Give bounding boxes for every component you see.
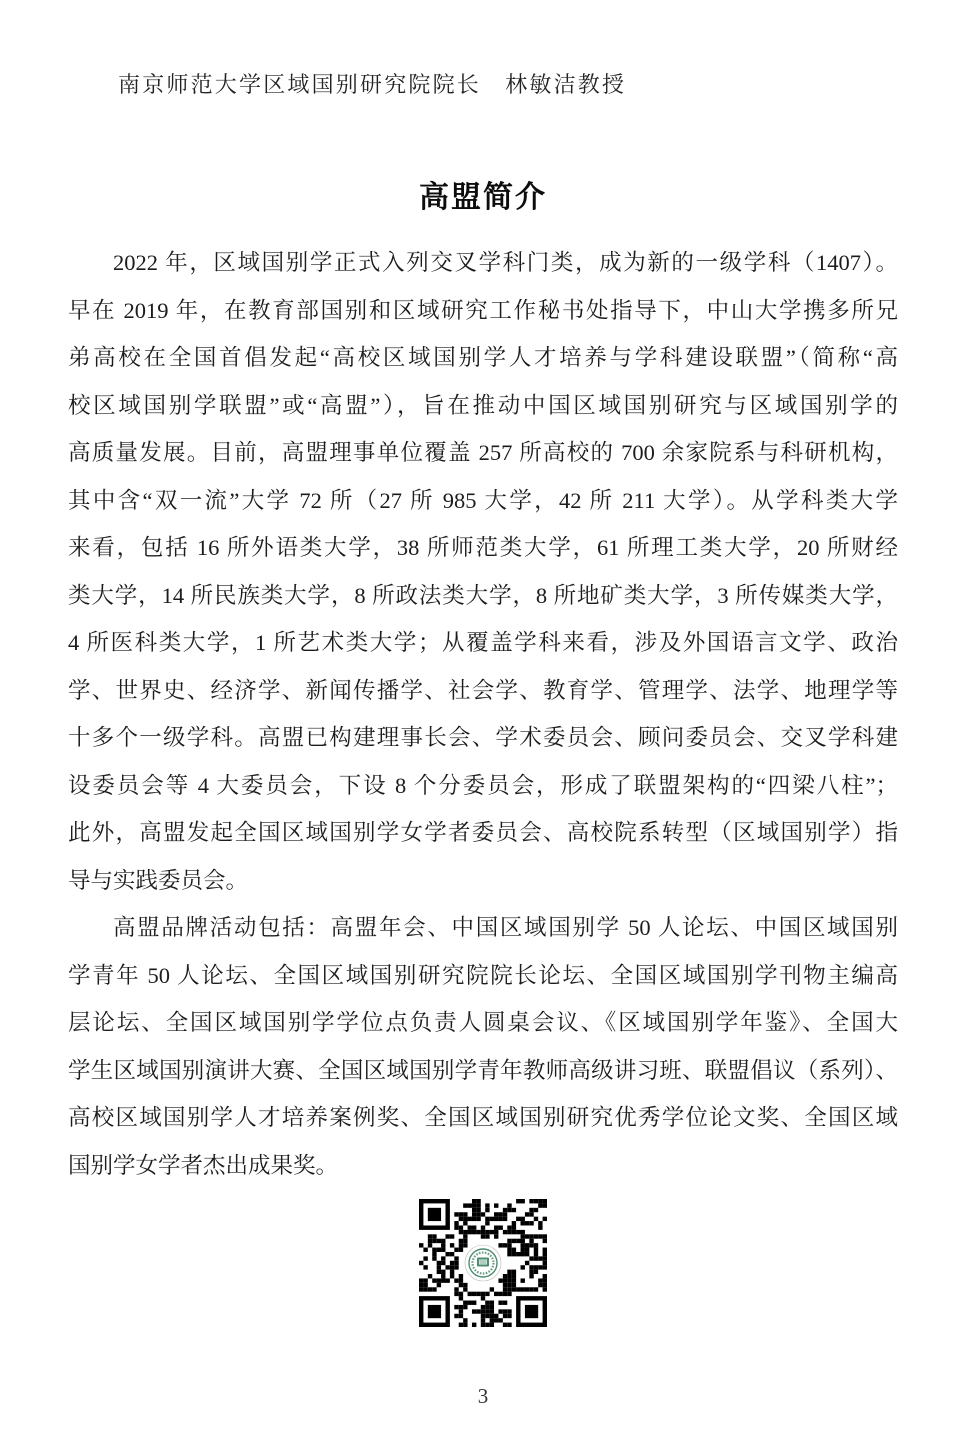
body-line: 高质量发展。目前，高盟理事单位覆盖 257 所高校的 700 余家院系与科研机构… [68,429,898,477]
page-number: 3 [0,1384,966,1409]
body-line: 其中含“双一流”大学 72 所（27 所 985 大学，42 所 211 大学）… [68,477,898,525]
body-line: 4 所医科类大学，1 所艺术类大学；从覆盖学科来看，涉及外国语言文学、政治 [68,619,898,667]
body-line: 导与实践委员会。 [68,857,898,905]
page-title: 高盟简介 [0,172,966,216]
document-page: 南京师范大学区域国别研究院院长 林敏洁教授 高盟简介 2022 年，区域国别学正… [0,0,966,1438]
body-line: 设委员会等 4 大委员会，下设 8 个分委员会，形成了联盟架构的“四梁八柱”； [68,762,898,810]
body-line: 学、世界史、经济学、新闻传播学、社会学、教育学、管理学、法学、地理学等 [68,667,898,715]
body-line: 校区域国别学联盟”或“高盟”），旨在推动中国区域国别研究与区域国别学的 [68,382,898,430]
body-line: 十多个一级学科。高盟已构建理事长会、学术委员会、顾问委员会、交叉学科建 [68,714,898,762]
body-line: 来看，包括 16 所外语类大学，38 所师范类大学，61 所理工类大学，20 所… [68,524,898,572]
body-line: 2022 年，区域国别学正式入列交叉学科门类，成为新的一级学科（1407）。 [68,239,898,287]
body-line: 早在 2019 年，在教育部国别和区域研究工作秘书处指导下，中山大学携多所兄 [68,287,898,335]
body-line: 弟高校在全国首倡发起“高校区域国别学人才培养与学科建设联盟”（简称“高 [68,334,898,382]
qr-code-svg [419,1199,547,1327]
affiliation-line: 南京师范大学区域国别研究院院长 林敏洁教授 [118,68,626,99]
body-line: 层论坛、全国区域国别学学位点负责人圆桌会议、《区域国别学年鉴》、全国大 [68,999,898,1047]
body-line: 此外，高盟发起全国区域国别学女学者委员会、高校院系转型（区域国别学）指 [68,809,898,857]
body-text: 2022 年，区域国别学正式入列交叉学科门类，成为新的一级学科（1407）。 早… [68,239,898,1189]
qr-code-image [419,1199,547,1327]
body-line: 学生区域国别演讲大赛、全国区域国别学青年教师高级讲习班、联盟倡议（系列）、 [68,1047,898,1095]
body-line: 高校区域国别学人才培养案例奖、全国区域国别研究优秀学位论文奖、全国区域 [68,1094,898,1142]
body-line: 学青年 50 人论坛、全国区域国别研究院院长论坛、全国区域国别学刊物主编高 [68,952,898,1000]
body-line: 高盟品牌活动包括：高盟年会、中国区域国别学 50 人论坛、中国区域国别 [68,904,898,952]
body-line: 类大学，14 所民族类大学，8 所政法类大学，8 所地矿类大学，3 所传媒类大学… [68,572,898,620]
body-line: 国别学女学者杰出成果奖。 [68,1142,898,1190]
